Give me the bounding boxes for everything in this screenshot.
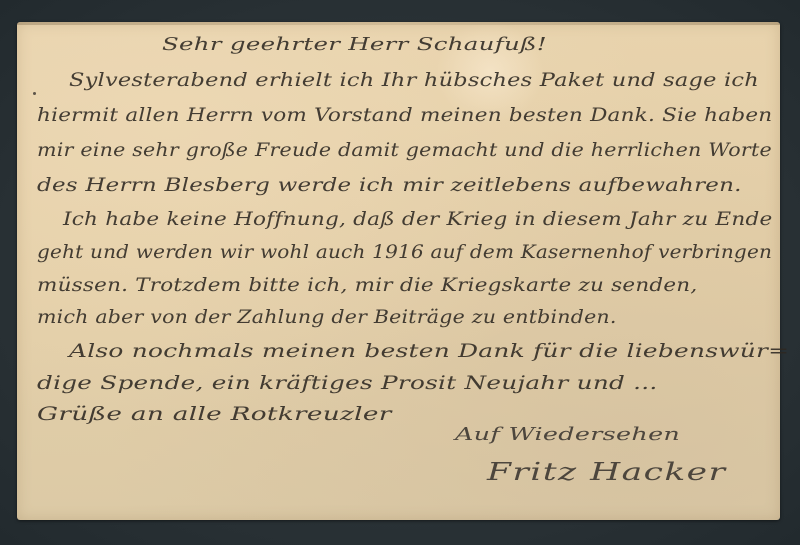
body-line-3: mir eine sehr große Freude damit gemacht… xyxy=(37,139,772,161)
closing: Auf Wiedersehen xyxy=(455,424,680,445)
postcard: Sehr geehrter Herr Schaufuß! Sylvesterab… xyxy=(17,22,780,520)
body-line-6: geht und werden wir wohl auch 1916 auf d… xyxy=(37,241,772,263)
body-line-4: des Herrn Blesberg werde ich mir zeitleb… xyxy=(37,174,742,196)
body-line-5: Ich habe keine Hoffnung, daß der Krieg i… xyxy=(63,208,773,230)
body-line-8: mich aber von der Zahlung der Beiträge z… xyxy=(37,306,617,328)
signature: Fritz Hacker xyxy=(487,458,726,486)
salutation: Sehr geehrter Herr Schaufuß! xyxy=(162,34,547,55)
body-line-1: Sylvesterabend erhielt ich Ihr hübsches … xyxy=(69,69,759,91)
body-line-11: Grüße an alle Rotkreuzler xyxy=(37,403,392,425)
body-line-9: Also nochmals meinen besten Dank für die… xyxy=(69,340,789,362)
body-line-7: müssen. Trotzdem bitte ich, mir die Krie… xyxy=(37,274,697,296)
ink-dot-mark xyxy=(33,92,36,95)
body-line-2: hiermit allen Herrn vom Vorstand meinen … xyxy=(37,104,772,126)
scan-background: Sehr geehrter Herr Schaufuß! Sylvesterab… xyxy=(0,0,800,545)
body-line-10: dige Spende, ein kräftiges Prosit Neujah… xyxy=(37,372,658,394)
